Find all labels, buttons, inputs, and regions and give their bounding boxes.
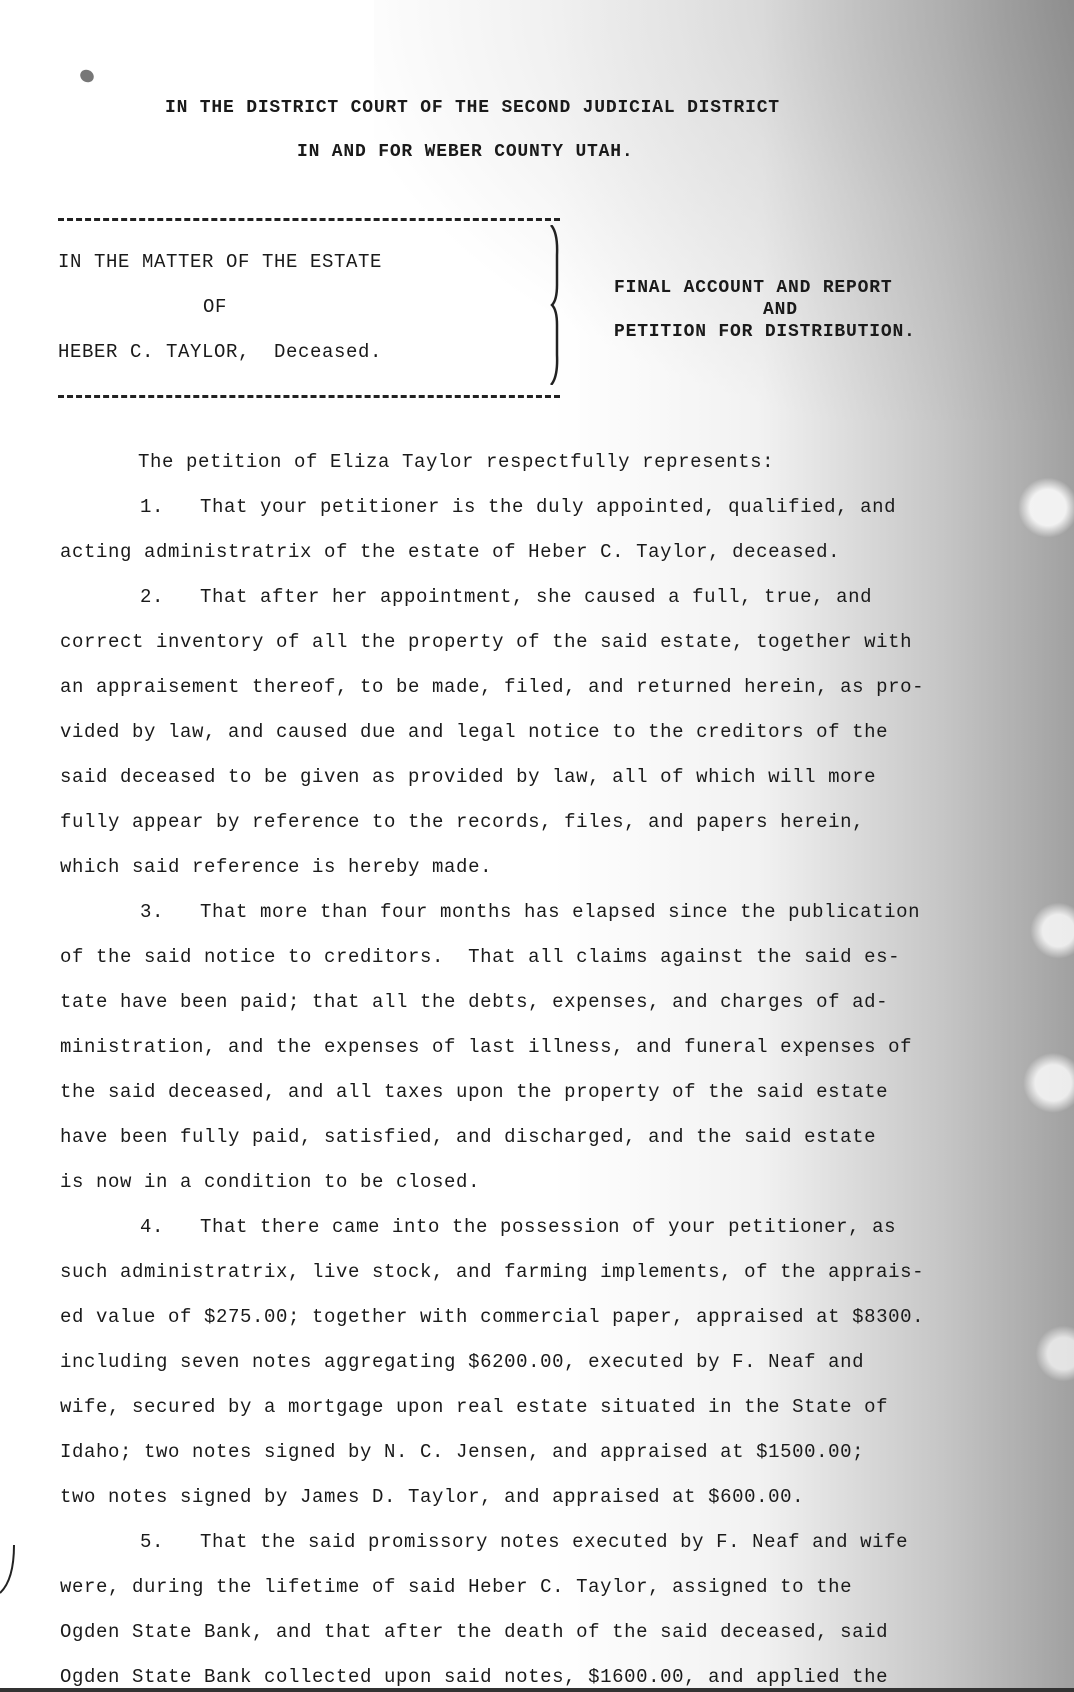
document-title-line3: PETITION FOR DISTRIBUTION. <box>614 320 916 344</box>
petition-intro: The petition of Eliza Taylor respectfull… <box>138 450 774 474</box>
paragraph-3-line: ministration, and the expenses of last i… <box>60 1035 912 1059</box>
paragraph-2-line: fully appear by reference to the records… <box>60 810 864 834</box>
paragraph-2-line: vided by law, and caused due and legal n… <box>60 720 888 744</box>
caption-deceased-line: HEBER C. TAYLOR, Deceased. <box>58 340 382 364</box>
caption-top-rule <box>58 218 560 221</box>
ink-smudge <box>78 67 96 84</box>
page-bottom-edge <box>0 1688 1074 1692</box>
paragraph-1-line: acting administratrix of the estate of H… <box>60 540 840 564</box>
paragraph-4-line: wife, secured by a mortgage upon real es… <box>60 1395 888 1419</box>
paragraph-5-line: were, during the lifetime of said Heber … <box>60 1575 852 1599</box>
caption-of-line: OF <box>203 295 227 319</box>
paragraph-4-line: two notes signed by James D. Taylor, and… <box>60 1485 804 1509</box>
paragraph-3-line: is now in a condition to be closed. <box>60 1170 480 1194</box>
paragraph-3-line: tate have been paid; that all the debts,… <box>60 990 888 1014</box>
paragraph-4-line: including seven notes aggregating $6200.… <box>60 1350 864 1374</box>
caption-bottom-rule <box>58 395 560 398</box>
paragraph-5-line: 5. That the said promissory notes execut… <box>140 1530 908 1554</box>
document-title-line1: FINAL ACCOUNT AND REPORT <box>614 276 892 300</box>
paragraph-4-line: ed value of $275.00; together with comme… <box>60 1305 924 1329</box>
court-heading-line2: IN AND FOR WEBER COUNTY UTAH. <box>297 140 633 164</box>
caption-matter-line: IN THE MATTER OF THE ESTATE <box>58 250 382 274</box>
paragraph-5-line: Ogden State Bank collected upon said not… <box>60 1665 888 1689</box>
paragraph-3-line: have been fully paid, satisfied, and dis… <box>60 1125 876 1149</box>
scan-shading-right <box>554 0 1074 1692</box>
paragraph-2-line: 2. That after her appointment, she cause… <box>140 585 872 609</box>
paragraph-3-line: the said deceased, and all taxes upon th… <box>60 1080 888 1104</box>
paragraph-5-line: Ogden State Bank, and that after the dea… <box>60 1620 888 1644</box>
paragraph-4-line: 4. That there came into the possession o… <box>140 1215 896 1239</box>
scan-shading-top <box>374 0 1074 420</box>
paragraph-2-line: correct inventory of all the property of… <box>60 630 912 654</box>
paragraph-2-line: said deceased to be given as provided by… <box>60 765 876 789</box>
paragraph-1-line: 1. That your petitioner is the duly appo… <box>140 495 896 519</box>
caption-bracket <box>548 225 562 385</box>
document-title-line2: AND <box>763 298 798 322</box>
paragraph-4-line: such administratrix, live stock, and far… <box>60 1260 924 1284</box>
court-heading-line1: IN THE DISTRICT COURT OF THE SECOND JUDI… <box>165 96 780 120</box>
paragraph-2-line: which said reference is hereby made. <box>60 855 492 879</box>
paragraph-3-line: of the said notice to creditors. That al… <box>60 945 900 969</box>
margin-pen-mark <box>0 1545 16 1595</box>
paragraph-4-line: Idaho; two notes signed by N. C. Jensen,… <box>60 1440 864 1464</box>
paragraph-3-line: 3. That more than four months has elapse… <box>140 900 920 924</box>
paragraph-2-line: an appraisement thereof, to be made, fil… <box>60 675 924 699</box>
